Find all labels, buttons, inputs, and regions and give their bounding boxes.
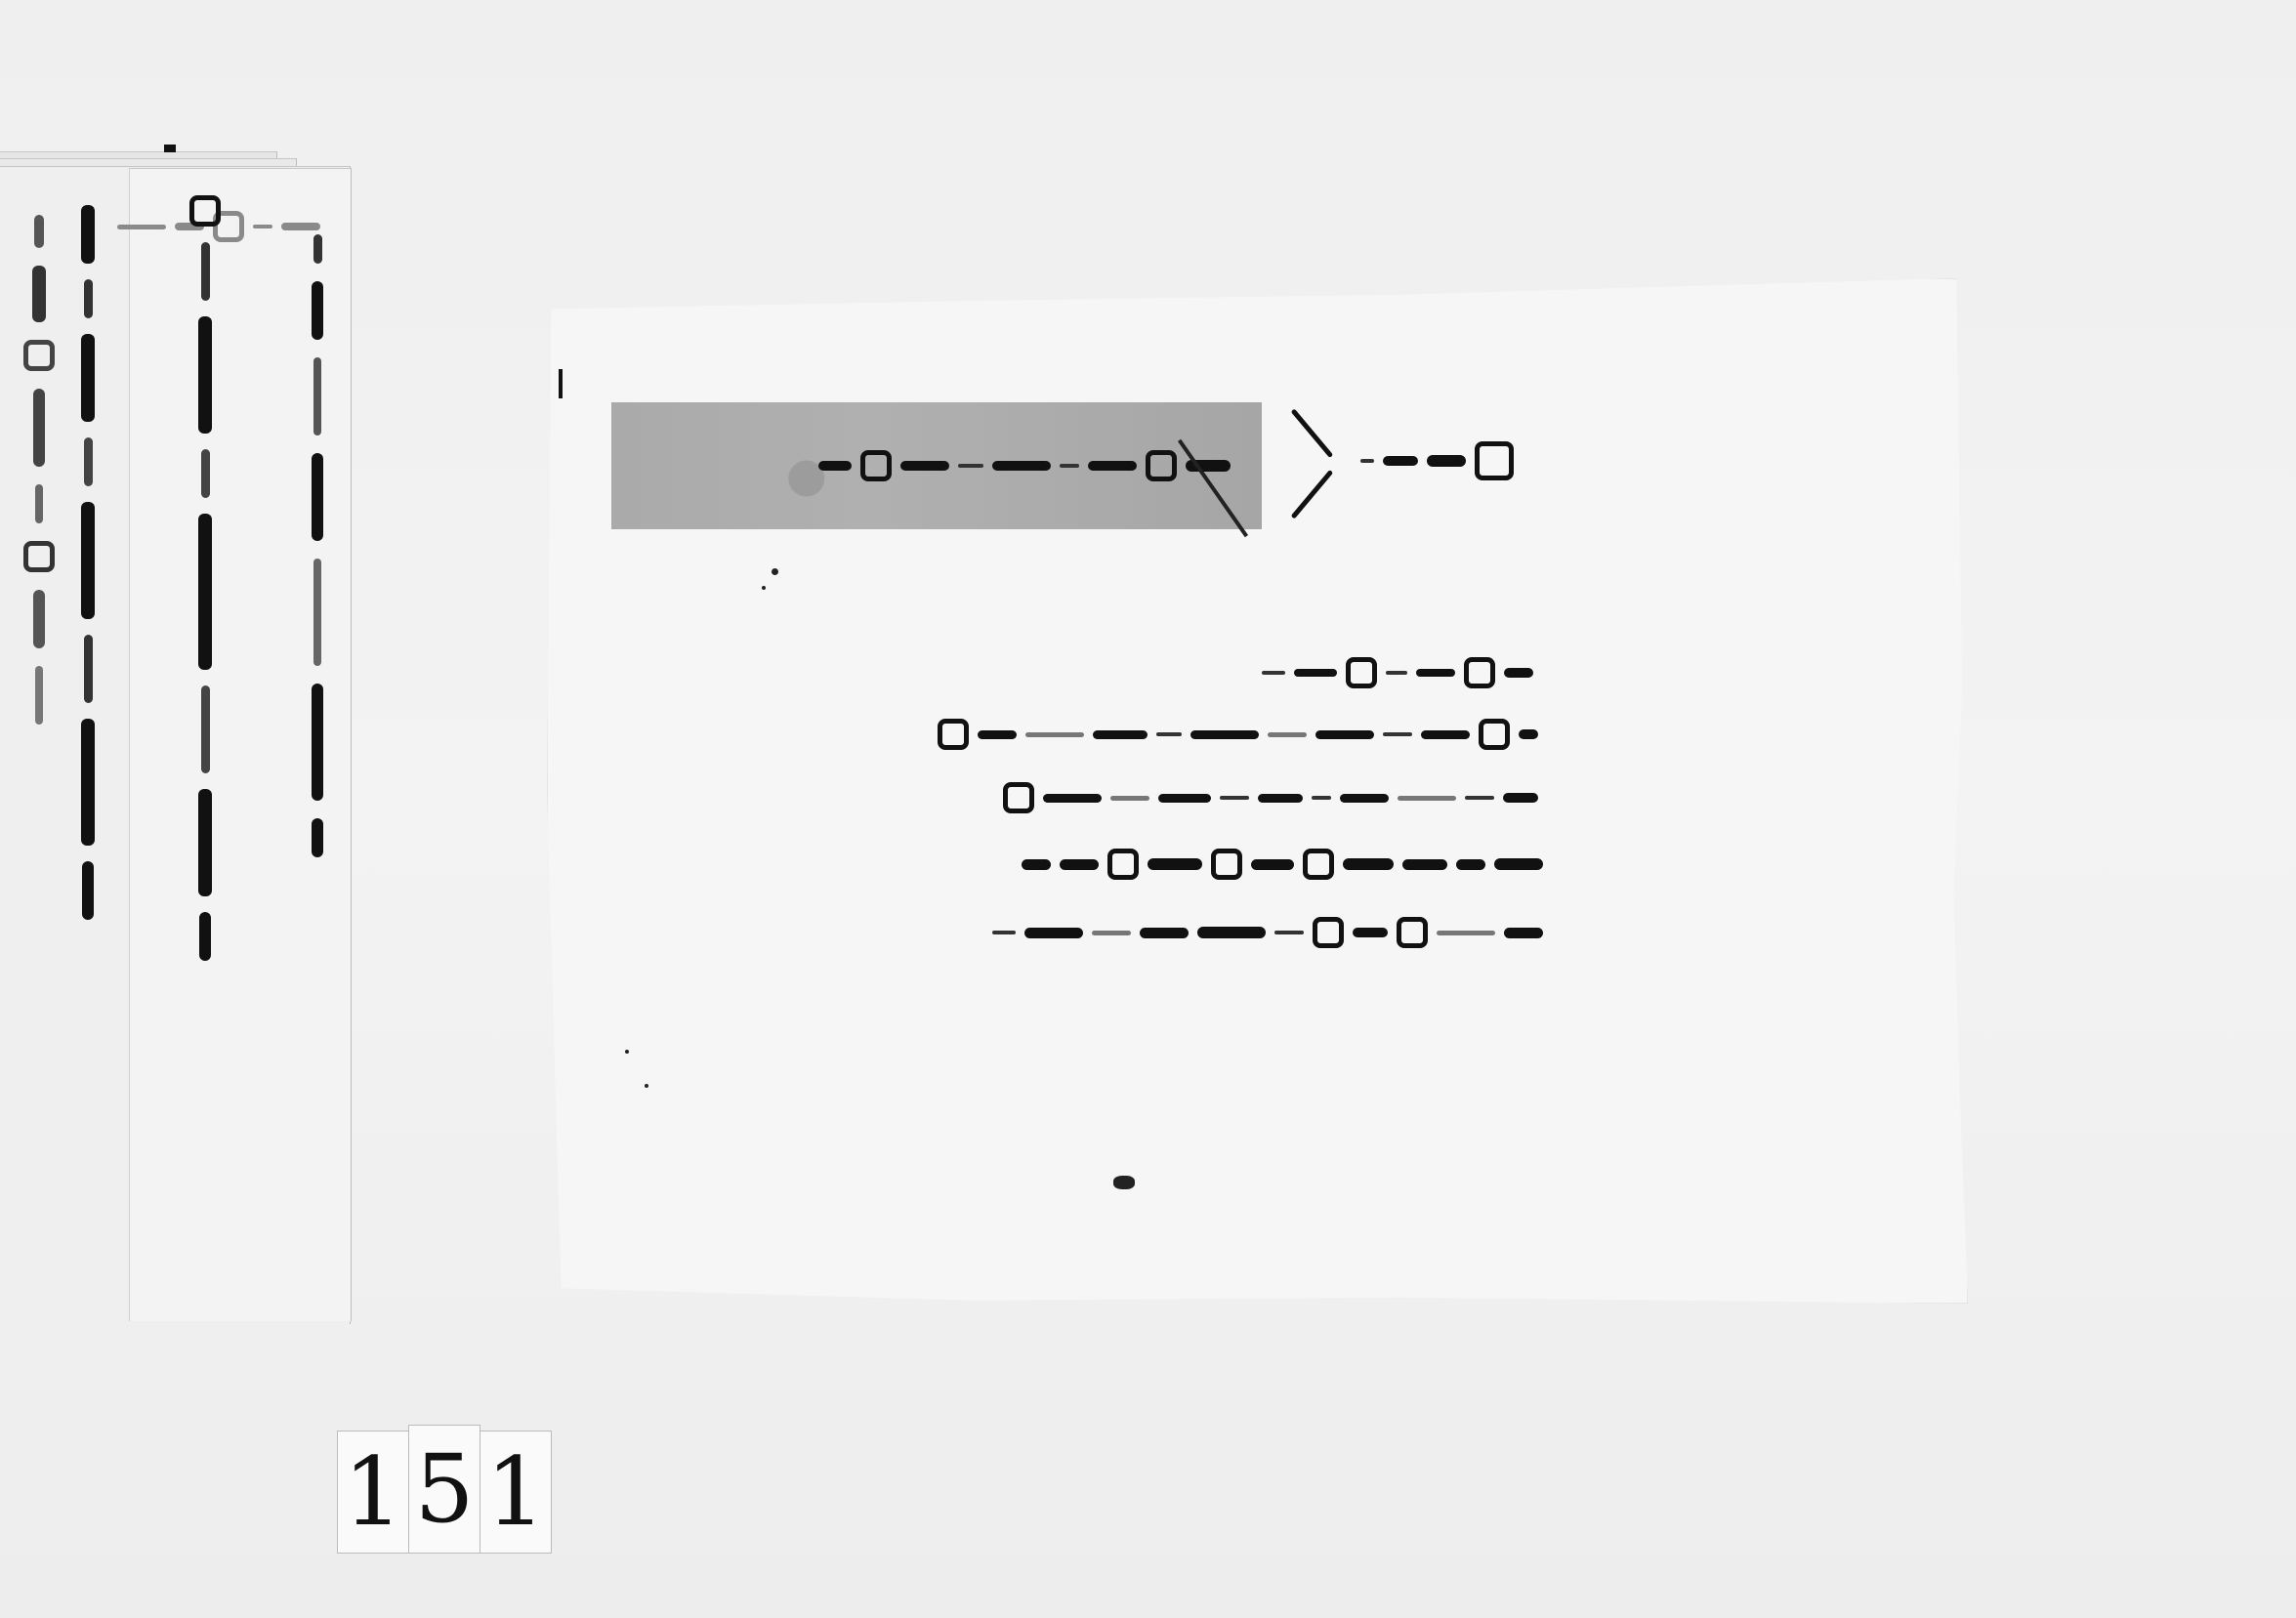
label-calligraphy xyxy=(684,449,1231,482)
ink-blot xyxy=(1113,1176,1135,1189)
body-line-2 xyxy=(728,718,1538,751)
ink-speck xyxy=(625,1050,629,1054)
body-line-4 xyxy=(723,848,1543,881)
body-line-3 xyxy=(728,781,1538,814)
page-number-digit: 5 xyxy=(408,1425,480,1554)
margin-mark xyxy=(559,369,563,398)
left-calligraphy-col-1 xyxy=(0,283,20,586)
page-number-digit: 1 xyxy=(337,1431,409,1554)
left-calligraphy-column-c xyxy=(186,195,225,1230)
ink-speck xyxy=(772,568,778,575)
heading-calligraphy xyxy=(1328,444,1514,477)
ink-speck xyxy=(645,1084,648,1088)
ink-speck xyxy=(762,586,766,590)
left-calligraphy-column-a xyxy=(20,215,59,1094)
sheet-tab-mark xyxy=(164,145,176,152)
left-calligraphy-column-d xyxy=(298,234,337,1211)
angle-bracket-mark xyxy=(1274,410,1310,518)
body-line-5 xyxy=(703,916,1543,949)
page-number-tag: 1 5 1 xyxy=(337,1431,552,1554)
left-calligraphy-column-b xyxy=(68,205,107,1230)
page-number-digit: 1 xyxy=(480,1431,552,1554)
body-line-1 xyxy=(1221,656,1533,689)
left-calligraphy-line-1 xyxy=(18,210,320,243)
